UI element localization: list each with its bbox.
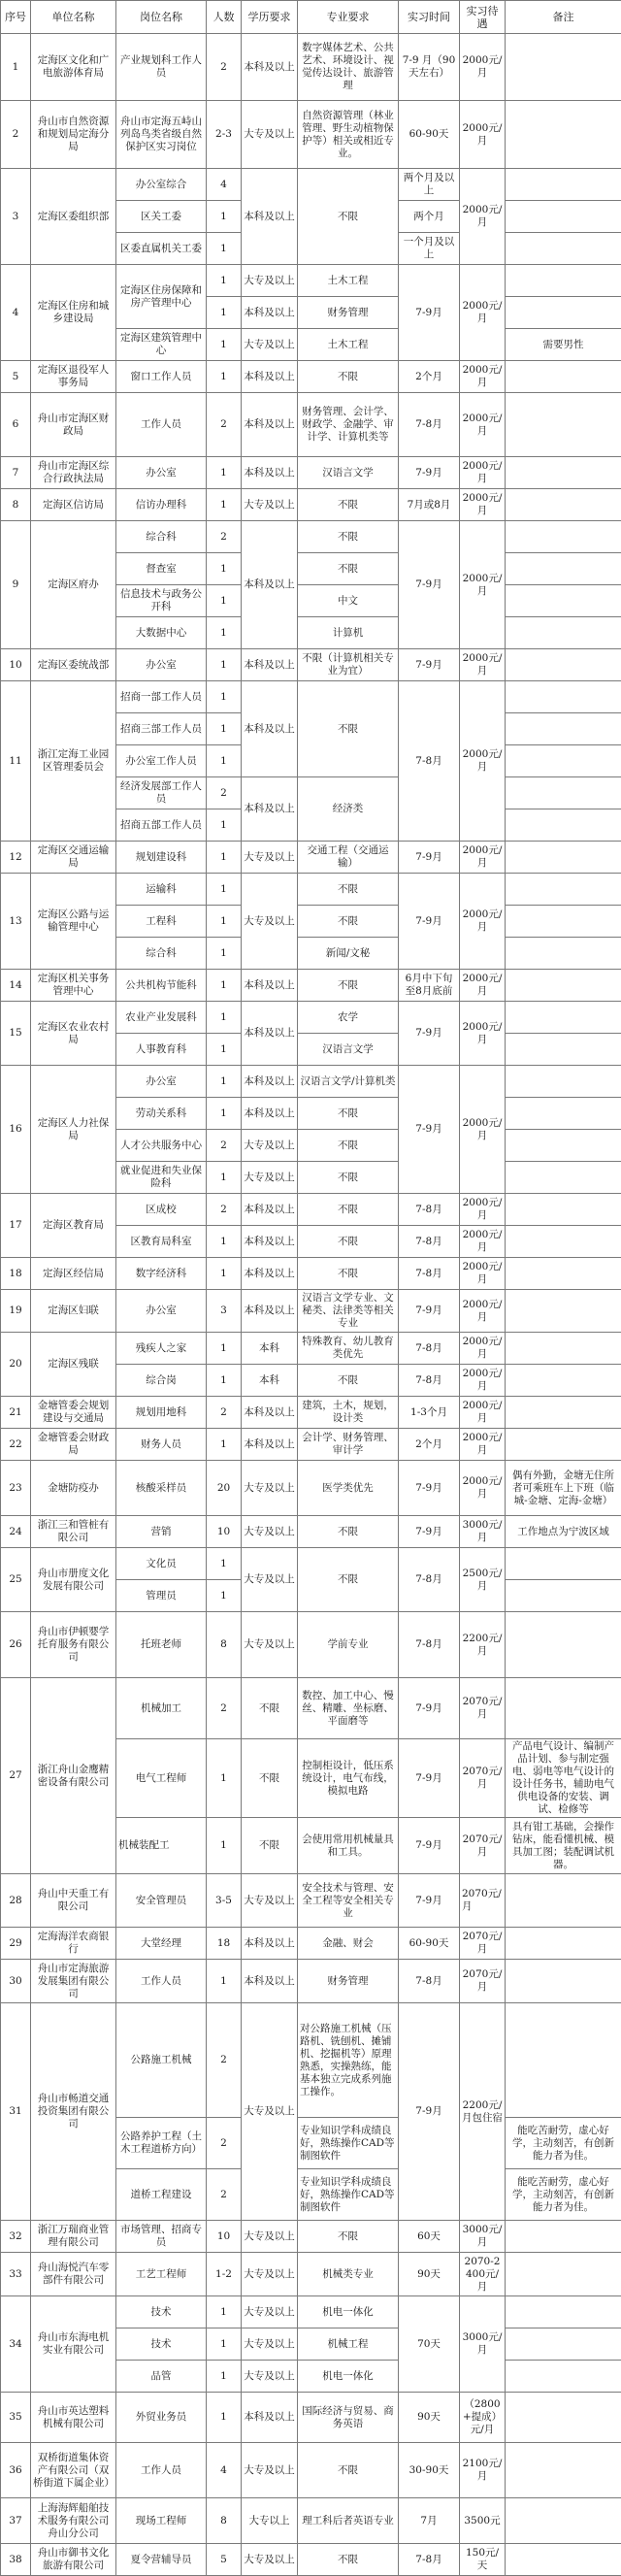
table-row: 25舟山市册度文化发展有限公司文化员1大专及以上不限7-8月2500元/月 bbox=[1, 1548, 621, 1580]
header-pay: 实习待遇 bbox=[460, 1, 506, 34]
internship-period: 7-8月 bbox=[399, 1365, 460, 1397]
unit-name: 舟山市御书文化旅游有限公司 bbox=[31, 2544, 116, 2576]
major-requirement: 机械类专业 bbox=[298, 2253, 399, 2296]
remark bbox=[506, 2393, 621, 2443]
position-name: 办公室 bbox=[116, 649, 207, 681]
headcount: 3-5 bbox=[207, 1874, 242, 1928]
internship-period: 7-8月 bbox=[399, 1194, 460, 1226]
education-requirement: 大专及以上 bbox=[242, 874, 298, 970]
unit-name: 上海海辉船舶技术服务有限公司舟山分公司 bbox=[31, 2498, 116, 2544]
education-requirement: 大专及以上 bbox=[242, 1612, 298, 1678]
table-row: 10定海区委统战部办公室1本科及以上不限（计算机相关专业为宜）7-9月2000元… bbox=[1, 649, 621, 681]
remark bbox=[506, 521, 621, 553]
education-requirement: 本科及以上 bbox=[242, 297, 298, 329]
remark bbox=[506, 489, 621, 521]
education-requirement: 大专及以上 bbox=[242, 489, 298, 521]
major-requirement: 不限 bbox=[298, 2544, 399, 2576]
internship-period: 7-9月 bbox=[399, 457, 460, 489]
education-requirement: 大专及以上 bbox=[242, 1162, 298, 1194]
unit-name: 双桥街道集体资产有限公司（双桥街道下属企业） bbox=[31, 2443, 116, 2498]
headcount: 2 bbox=[207, 777, 242, 809]
major-requirement: 机电一体化 bbox=[298, 2361, 399, 2393]
position-name: 工作人员 bbox=[116, 2443, 207, 2498]
remark bbox=[506, 906, 621, 938]
education-requirement: 本科及以上 bbox=[242, 1397, 298, 1429]
row-number: 4 bbox=[1, 265, 31, 361]
remark bbox=[506, 745, 621, 777]
headcount: 1-2 bbox=[207, 2253, 242, 2296]
unit-name: 金塘防疫办 bbox=[31, 1461, 116, 1516]
unit-name: 定海区残联 bbox=[31, 1333, 116, 1397]
row-number: 14 bbox=[1, 970, 31, 1002]
headcount: 2-3 bbox=[207, 101, 242, 169]
internship-pay: 2070元/月 bbox=[460, 1818, 506, 1874]
table-row: 19定海区妇联办公室3本科及以上汉语言文学专业、文秘类、法律类等相关专业7-9月… bbox=[1, 1290, 621, 1333]
remark: 工作地点为宁波区域 bbox=[506, 1516, 621, 1548]
remark bbox=[506, 842, 621, 874]
position-name: 就业促进和失业保险科 bbox=[116, 1162, 207, 1194]
headcount: 1 bbox=[207, 649, 242, 681]
education-requirement: 本科及以上 bbox=[242, 970, 298, 1002]
internship-pay: 2000元/月 bbox=[460, 681, 506, 842]
remark bbox=[506, 34, 621, 101]
unit-name: 舟山市册度文化发展有限公司 bbox=[31, 1548, 116, 1612]
remark bbox=[506, 2544, 621, 2576]
education-requirement: 大专及以上 bbox=[242, 1874, 298, 1928]
education-requirement: 本科及以上 bbox=[242, 1960, 298, 2003]
major-requirement: 不限 bbox=[298, 2443, 399, 2498]
remark bbox=[506, 169, 621, 201]
header-count: 人数 bbox=[207, 1, 242, 34]
headcount: 1 bbox=[207, 1098, 242, 1130]
headcount: 4 bbox=[207, 169, 242, 201]
table-row: 16定海区人力社保局办公室1本科及以上汉语言文学/计算机类7-9月2000元/月 bbox=[1, 1066, 621, 1098]
row-number: 27 bbox=[1, 1678, 31, 1874]
remark bbox=[506, 649, 621, 681]
education-requirement: 大专及以上 bbox=[242, 2544, 298, 2576]
row-number: 20 bbox=[1, 1333, 31, 1397]
unit-name: 浙江定海工业园区管理委员会 bbox=[31, 681, 116, 842]
internship-period: 90天 bbox=[399, 2253, 460, 2296]
major-requirement: 不限 bbox=[298, 1365, 399, 1397]
remark: 能吃苦耐劳，虚心好学，主动刻苦，有创新能力者为佳。 bbox=[506, 2118, 621, 2169]
unit-name: 舟山市东海电机实业有限公司 bbox=[31, 2296, 116, 2393]
unit-name: 定海区交通运输局 bbox=[31, 842, 116, 874]
table-row: 15定海区农业农村局农业产业发展科1本科及以上农学7-9月2000元/月 bbox=[1, 1002, 621, 1034]
remark bbox=[506, 1034, 621, 1066]
position-name: 招商三部工作人员 bbox=[116, 713, 207, 745]
headcount: 1 bbox=[207, 361, 242, 393]
major-requirement: 不限 bbox=[298, 1516, 399, 1548]
internship-period: 7-9月 bbox=[399, 649, 460, 681]
position-name: 办公室 bbox=[116, 457, 207, 489]
internship-period: 7-9月 bbox=[399, 874, 460, 970]
position-name: 综合科 bbox=[116, 938, 207, 970]
internship-period: 7-9月 bbox=[399, 1002, 460, 1066]
major-requirement: 汉语言文学 bbox=[298, 457, 399, 489]
major-requirement: 财务管理 bbox=[298, 1960, 399, 2003]
internship-pay: 2200元/月包住宿 bbox=[460, 2003, 506, 2221]
row-number: 28 bbox=[1, 1874, 31, 1928]
internship-period: 7-8月 bbox=[399, 2544, 460, 2576]
major-requirement: 控制柜设计，低压系统设计，电气布线，模拟电路 bbox=[298, 1739, 399, 1818]
internship-period: 7-9月 bbox=[399, 1818, 460, 1874]
position-name: 文化员 bbox=[116, 1548, 207, 1580]
headcount: 1 bbox=[207, 585, 242, 617]
position-name: 区成校 bbox=[116, 1194, 207, 1226]
internship-pay: 2070元/月 bbox=[460, 1928, 506, 1960]
position-name: 市场管理、招商专员 bbox=[116, 2221, 207, 2253]
position-name: 工程科 bbox=[116, 906, 207, 938]
major-requirement: 不限 bbox=[298, 1194, 399, 1226]
education-requirement: 本科及以上 bbox=[242, 1002, 298, 1066]
headcount: 18 bbox=[207, 1928, 242, 1960]
table-row: 35舟山市英达塑料机械有限公司外贸业务员1本科及以上国际经济与贸易、商务英语90… bbox=[1, 2393, 621, 2443]
remark bbox=[506, 1098, 621, 1130]
remark bbox=[506, 1162, 621, 1194]
headcount: 1 bbox=[207, 329, 242, 361]
unit-name: 舟山市定海区综合行政执法局 bbox=[31, 457, 116, 489]
internship-period: 90天 bbox=[399, 2393, 460, 2443]
education-requirement: 不限 bbox=[242, 1678, 298, 1739]
table-row: 23金塘防疫办核酸采样员20大专及以上医学类优先7-9月2000元/月偶有外勤，… bbox=[1, 1461, 621, 1516]
position-name: 管理员 bbox=[116, 1580, 207, 1612]
row-number: 36 bbox=[1, 2443, 31, 2498]
row-number: 17 bbox=[1, 1194, 31, 1258]
unit-name: 定海区委统战部 bbox=[31, 649, 116, 681]
headcount: 1 bbox=[207, 970, 242, 1002]
table-row: 14定海区机关事务管理中心公共机构节能科1本科及以上不限6月中下旬至8月底前20… bbox=[1, 970, 621, 1002]
row-number: 34 bbox=[1, 2296, 31, 2393]
table-row: 33舟山海悦汽车零部件有限公司工艺工程师1-2大专及以上机械类专业90天2070… bbox=[1, 2253, 621, 2296]
position-name: 大堂经理 bbox=[116, 1928, 207, 1960]
position-name: 工作人员 bbox=[116, 393, 207, 457]
unit-name: 定海区机关事务管理中心 bbox=[31, 970, 116, 1002]
internship-pay: 2000元/月 bbox=[460, 521, 506, 649]
remark bbox=[506, 1874, 621, 1928]
major-requirement: 会使用常用机械量具和工具。 bbox=[298, 1818, 399, 1874]
header-no: 序号 bbox=[1, 1, 31, 34]
education-requirement: 本科 bbox=[242, 1365, 298, 1397]
headcount: 1 bbox=[207, 265, 242, 297]
table-body: 1定海区文化和广电旅游体育局产业规划科工作人员2本科及以上数字媒体艺术、公共艺术… bbox=[1, 34, 621, 2576]
position-name: 技术 bbox=[116, 2328, 207, 2361]
position-name: 人事教育科 bbox=[116, 1034, 207, 1066]
position-name: 经济发展部工作人员 bbox=[116, 777, 207, 809]
position-name: 公共机构节能科 bbox=[116, 970, 207, 1002]
headcount: 20 bbox=[207, 1461, 242, 1516]
remark bbox=[506, 201, 621, 233]
table-row: 18定海区经信局数字经济科1本科及以上不限7-8月2000元/月 bbox=[1, 1258, 621, 1290]
internship-period: 60天 bbox=[399, 2221, 460, 2253]
table-row: 9定海区府办综合科2本科及以上不限7-9月2000元/月 bbox=[1, 521, 621, 553]
education-requirement: 大专及以上 bbox=[242, 1130, 298, 1162]
remark bbox=[506, 2328, 621, 2361]
headcount: 1 bbox=[207, 842, 242, 874]
internship-period: 70天 bbox=[399, 2296, 460, 2393]
major-requirement: 会计学、财务管理、审计学 bbox=[298, 1429, 399, 1461]
position-name: 安全管理员 bbox=[116, 1874, 207, 1928]
major-requirement: 对公路施工机械（压路机、铣刨机、摊铺机、挖掘机等）原理熟悉，实操熟练，能基本独立… bbox=[298, 2003, 399, 2118]
remark bbox=[506, 585, 621, 617]
major-requirement: 交通工程（交通运输） bbox=[298, 842, 399, 874]
unit-name: 定海区住房和城乡建设局 bbox=[31, 265, 116, 361]
major-requirement: 金融、财会 bbox=[298, 1928, 399, 1960]
headcount: 1 bbox=[207, 553, 242, 585]
headcount: 5 bbox=[207, 2544, 242, 2576]
internship-period: 7-9月 bbox=[399, 842, 460, 874]
row-number: 8 bbox=[1, 489, 31, 521]
position-name: 公路养护工程（土木工程道桥方向） bbox=[116, 2118, 207, 2169]
headcount: 1 bbox=[207, 489, 242, 521]
education-requirement: 不限 bbox=[242, 1739, 298, 1818]
table-row: 13定海区公路与运输管理中心运输科1大专及以上不限7-9月2000元/月 bbox=[1, 874, 621, 906]
headcount: 1 bbox=[207, 1429, 242, 1461]
row-number: 18 bbox=[1, 1258, 31, 1290]
headcount: 10 bbox=[207, 2221, 242, 2253]
headcount: 2 bbox=[207, 2003, 242, 2118]
major-requirement: 不限（计算机相关专业为宜） bbox=[298, 649, 399, 681]
position-name: 规划用地科 bbox=[116, 1397, 207, 1429]
table-row: 20定海区残联残疾人之家1本科特殊教育、幼儿教育类优先7-8月2000元/月 bbox=[1, 1333, 621, 1365]
position-name: 财务人员 bbox=[116, 1429, 207, 1461]
internship-pay: 2000元/月 bbox=[460, 393, 506, 457]
remark bbox=[506, 1066, 621, 1098]
remark bbox=[506, 2498, 621, 2544]
position-name: 营销 bbox=[116, 1516, 207, 1548]
position-name: 道桥工程建设 bbox=[116, 2169, 207, 2221]
position-name: 区教育局科室 bbox=[116, 1226, 207, 1258]
education-requirement: 本科及以上 bbox=[242, 777, 298, 842]
row-number: 33 bbox=[1, 2253, 31, 2296]
row-number: 31 bbox=[1, 2003, 31, 2221]
headcount: 1 bbox=[207, 906, 242, 938]
internship-pay: 2000元/月 bbox=[460, 1333, 506, 1365]
remark bbox=[506, 874, 621, 906]
position-name: 招商一部工作人员 bbox=[116, 681, 207, 713]
remark bbox=[506, 553, 621, 585]
table-row: 27浙江舟山金鹰精密设备有限公司机械加工2不限数控、加工中心、慢丝、精雕、坐标磨… bbox=[1, 1678, 621, 1739]
education-requirement: 本科及以上 bbox=[242, 34, 298, 101]
remark bbox=[506, 1194, 621, 1226]
education-requirement: 本科及以上 bbox=[242, 169, 298, 265]
table-row: 17定海区教育局区成校2本科及以上不限7-8月2000元/月 bbox=[1, 1194, 621, 1226]
internship-period: 两个月 bbox=[399, 201, 460, 233]
internship-pay: 2070元/月 bbox=[460, 1960, 506, 2003]
major-requirement: 安全技术与管理、安全工程等安全相关专业 bbox=[298, 1874, 399, 1928]
internship-pay: 2000元/月 bbox=[460, 489, 506, 521]
unit-name: 金塘管委会财政局 bbox=[31, 1429, 116, 1461]
position-name: 督查室 bbox=[116, 553, 207, 585]
education-requirement: 大专及以上 bbox=[242, 842, 298, 874]
position-name: 定海区住房保障和房产管理中心 bbox=[116, 265, 207, 329]
internship-pay: 2000元/月 bbox=[460, 1258, 506, 1290]
position-name: 办公室综合 bbox=[116, 169, 207, 201]
unit-name: 定海区信访局 bbox=[31, 489, 116, 521]
table-row: 28舟山中天重工有限公司安全管理员3-5大专及以上安全技术与管理、安全工程等安全… bbox=[1, 1874, 621, 1928]
remark bbox=[506, 297, 621, 329]
headcount: 2 bbox=[207, 1678, 242, 1739]
headcount: 1 bbox=[207, 938, 242, 970]
internship-pay: 2000元/月 bbox=[460, 1461, 506, 1516]
internship-pay: 2000元/月 bbox=[460, 1002, 506, 1066]
row-number: 5 bbox=[1, 361, 31, 393]
internship-period: 60-90天 bbox=[399, 1928, 460, 1960]
headcount: 1 bbox=[207, 1548, 242, 1580]
headcount: 10 bbox=[207, 1516, 242, 1548]
internship-period: 7-8月 bbox=[399, 1960, 460, 2003]
headcount: 1 bbox=[207, 1162, 242, 1194]
headcount: 1 bbox=[207, 1333, 242, 1365]
remark bbox=[506, 681, 621, 713]
education-requirement: 大专及以上 bbox=[242, 265, 298, 297]
table-row: 12定海区交通运输局规划建设科1大专及以上交通工程（交通运输）7-9月2000元… bbox=[1, 842, 621, 874]
major-requirement: 机电一体化 bbox=[298, 2296, 399, 2328]
unit-name: 浙江万瑞商业管理有限公司 bbox=[31, 2221, 116, 2253]
major-requirement: 不限 bbox=[298, 681, 399, 777]
education-requirement: 大专及以上 bbox=[242, 2221, 298, 2253]
remark bbox=[506, 617, 621, 649]
internship-pay: 3000元/月 bbox=[460, 2296, 506, 2393]
headcount: 1 bbox=[207, 2393, 242, 2443]
major-requirement: 国际经济与贸易、商务英语 bbox=[298, 2393, 399, 2443]
internship-pay: 2070元/月 bbox=[460, 1678, 506, 1739]
internship-period: 2个月 bbox=[399, 361, 460, 393]
unit-name: 舟山市定海区财政局 bbox=[31, 393, 116, 457]
headcount: 2 bbox=[207, 1194, 242, 1226]
unit-name: 舟山市英达塑料机械有限公司 bbox=[31, 2393, 116, 2443]
education-requirement: 本科及以上 bbox=[242, 1226, 298, 1258]
remark bbox=[506, 1333, 621, 1365]
headcount: 2 bbox=[207, 34, 242, 101]
unit-name: 舟山市畅道交通投资集团有限公司 bbox=[31, 2003, 116, 2221]
headcount: 1 bbox=[207, 2296, 242, 2328]
major-requirement: 不限 bbox=[298, 169, 399, 265]
major-requirement: 不限 bbox=[298, 1226, 399, 1258]
remark bbox=[506, 1397, 621, 1429]
position-name: 残疾人之家 bbox=[116, 1333, 207, 1365]
header-education: 学历要求 bbox=[242, 1, 298, 34]
headcount: 2 bbox=[207, 1397, 242, 1429]
education-requirement: 本科及以上 bbox=[242, 1429, 298, 1461]
table-row: 5定海区退役军人事务局窗口工作人员1本科及以上不限2个月2000元/月 bbox=[1, 361, 621, 393]
unit-name: 定海区委组织部 bbox=[31, 169, 116, 265]
remark: 能吃苦耐劳，虚心好学，主动刻苦，有创新能力者为佳。 bbox=[506, 2169, 621, 2221]
headcount: 1 bbox=[207, 713, 242, 745]
table-row: 32浙江万瑞商业管理有限公司市场管理、招商专员10大专及以上不限60天3000元… bbox=[1, 2221, 621, 2253]
education-requirement: 大专及以上 bbox=[242, 1516, 298, 1548]
table-row: 1定海区文化和广电旅游体育局产业规划科工作人员2本科及以上数字媒体艺术、公共艺术… bbox=[1, 34, 621, 101]
internship-pay: （2800+提成）元/月 bbox=[460, 2393, 506, 2443]
major-requirement: 土木工程 bbox=[298, 265, 399, 297]
major-requirement: 不限 bbox=[298, 521, 399, 553]
education-requirement: 大专及以上 bbox=[242, 2443, 298, 2498]
education-requirement: 不限 bbox=[242, 1818, 298, 1874]
row-number: 30 bbox=[1, 1960, 31, 2003]
position-name: 舟山市定海五峙山列岛鸟类省级自然保护区实习岗位 bbox=[116, 101, 207, 169]
table-row: 24浙江三和管桩有限公司营销10大专及以上不限7-9月3000元/月工作地点为宁… bbox=[1, 1516, 621, 1548]
internship-pay: 2200元/月 bbox=[460, 1612, 506, 1678]
remark bbox=[506, 1429, 621, 1461]
unit-name: 舟山海悦汽车零部件有限公司 bbox=[31, 2253, 116, 2296]
row-number: 23 bbox=[1, 1461, 31, 1516]
headcount: 2 bbox=[207, 521, 242, 553]
major-requirement: 汉语言文学专业、文秘类、法律类等相关专业 bbox=[298, 1290, 399, 1333]
major-requirement: 不限 bbox=[298, 1162, 399, 1194]
internship-period: 7月 bbox=[399, 2498, 460, 2544]
internship-pay: 2000元/月 bbox=[460, 1194, 506, 1226]
position-name: 外贸业务员 bbox=[116, 2393, 207, 2443]
remark bbox=[506, 1928, 621, 1960]
unit-name: 定海海洋农商银行 bbox=[31, 1928, 116, 1960]
position-name: 信访办理科 bbox=[116, 489, 207, 521]
major-requirement: 机械工程 bbox=[298, 2328, 399, 2361]
unit-name: 定海区文化和广电旅游体育局 bbox=[31, 34, 116, 101]
headcount: 2 bbox=[207, 1130, 242, 1162]
internship-pay: 2000元/月 bbox=[460, 34, 506, 101]
row-number: 29 bbox=[1, 1928, 31, 1960]
major-requirement: 汉语言文学 bbox=[298, 1034, 399, 1066]
unit-name: 定海区妇联 bbox=[31, 1290, 116, 1333]
internship-pay: 2000元/月 bbox=[460, 1397, 506, 1429]
internship-pay: 2000元/月 bbox=[460, 457, 506, 489]
major-requirement: 不限 bbox=[298, 489, 399, 521]
unit-name: 定海区人力社保局 bbox=[31, 1066, 116, 1194]
remark bbox=[506, 1612, 621, 1678]
major-requirement: 特殊教育、幼儿教育类优先 bbox=[298, 1333, 399, 1365]
internship-pay: 2000元/月 bbox=[460, 874, 506, 970]
education-requirement: 本科及以上 bbox=[242, 1258, 298, 1290]
header-unit: 单位名称 bbox=[31, 1, 116, 34]
position-name: 产业规划科工作人员 bbox=[116, 34, 207, 101]
major-requirement: 自然资源管理（林业管理、野生动植物保护等）相关或相近专业。 bbox=[298, 101, 399, 169]
unit-name: 定海区退役军人事务局 bbox=[31, 361, 116, 393]
headcount: 3 bbox=[207, 1290, 242, 1333]
headcount: 1 bbox=[207, 1002, 242, 1034]
row-number: 32 bbox=[1, 2221, 31, 2253]
header-major: 专业要求 bbox=[298, 1, 399, 34]
major-requirement: 不限 bbox=[298, 906, 399, 938]
remark bbox=[506, 1580, 621, 1612]
internship-period: 7-9月 bbox=[399, 265, 460, 361]
education-requirement: 本科及以上 bbox=[242, 1928, 298, 1960]
internship-period: 7-8月 bbox=[399, 1548, 460, 1612]
headcount: 1 bbox=[207, 1258, 242, 1290]
unit-name: 定海区公路与运输管理中心 bbox=[31, 874, 116, 970]
headcount: 2 bbox=[207, 2118, 242, 2169]
headcount: 8 bbox=[207, 1612, 242, 1678]
row-number: 9 bbox=[1, 521, 31, 649]
internship-period: 30-90天 bbox=[399, 2443, 460, 2498]
remark bbox=[506, 233, 621, 265]
position-name: 信息技术与政务公开科 bbox=[116, 585, 207, 617]
table-row: 2舟山市自然资源和规划局定海分局舟山市定海五峙山列岛鸟类省级自然保护区实习岗位2… bbox=[1, 101, 621, 169]
internship-period: 6月中下旬至8月底前 bbox=[399, 970, 460, 1002]
headcount: 1 bbox=[207, 809, 242, 842]
remark bbox=[506, 2361, 621, 2393]
headcount: 2 bbox=[207, 393, 242, 457]
table-row: 8定海区信访局信访办理科1大专及以上不限7月或8月2000元/月 bbox=[1, 489, 621, 521]
table-row: 36双桥街道集体资产有限公司（双桥街道下属企业）工作人员4大专及以上不限30-9… bbox=[1, 2443, 621, 2498]
unit-name: 浙江舟山金鹰精密设备有限公司 bbox=[31, 1678, 116, 1874]
major-requirement: 不限 bbox=[298, 1548, 399, 1612]
remark bbox=[506, 1290, 621, 1333]
headcount: 1 bbox=[207, 1034, 242, 1066]
row-number: 1 bbox=[1, 34, 31, 101]
position-name: 技术 bbox=[116, 2296, 207, 2328]
internship-period: 7-8月 bbox=[399, 1226, 460, 1258]
unit-name: 定海区教育局 bbox=[31, 1194, 116, 1258]
